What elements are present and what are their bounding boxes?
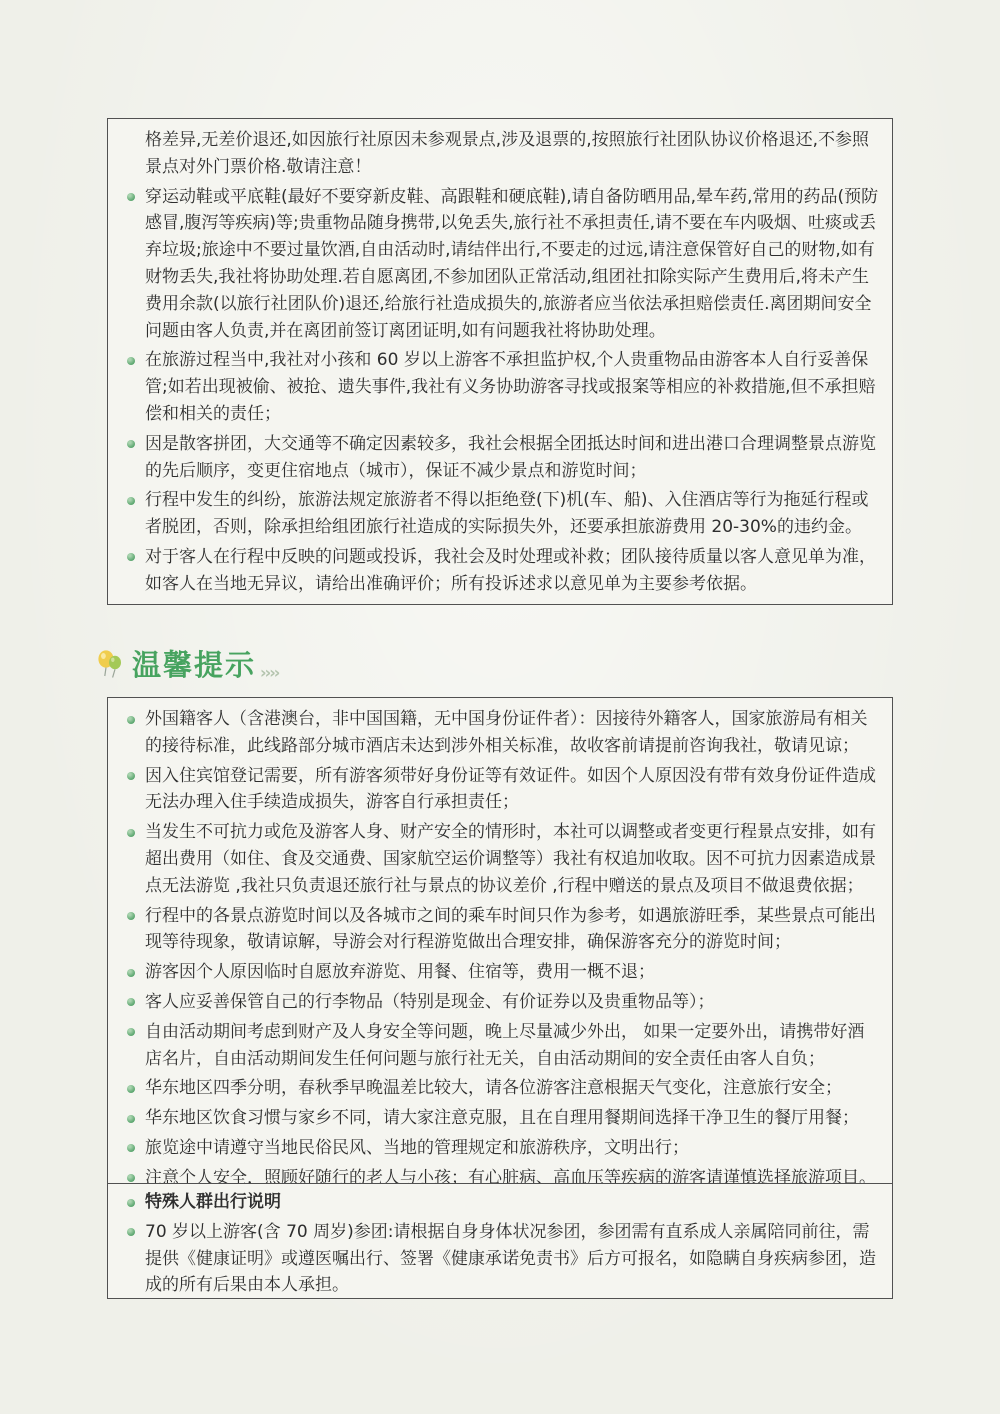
bullet-icon — [127, 1144, 135, 1152]
list-item-text: 游客因个人原因临时自愿放弃游览、用餐、住宿等，费用一概不退； — [145, 962, 655, 982]
bullet-icon — [127, 829, 135, 837]
list-item: 游客因个人原因临时自愿放弃游览、用餐、住宿等，费用一概不退； — [118, 959, 880, 986]
list-item-text: 旅览途中请遵守当地民俗民风、当地的管理规定和旅游秩序，文明出行； — [145, 1138, 689, 1158]
list-item-text: 对于客人在行程中反映的问题或投诉，我社会及时处理或补救；团队接待质量以客人意见单… — [145, 547, 876, 594]
list-item-text: 70 岁以上游客(含 70 周岁)参团:请根据自身身体状况参团，参团需有直系成人… — [145, 1222, 876, 1296]
bullet-icon — [127, 440, 135, 448]
list-item-text: 自由活动期间考虑到财产及人身安全等问题，晚上尽量减少外出， 如果一定要外出，请携… — [145, 1022, 864, 1069]
bullet-icon — [127, 357, 135, 365]
list-item: 外国籍客人（含港澳台，非中国国籍，无中国身份证件者）：因接待外籍客人，国家旅游局… — [118, 706, 880, 760]
bullet-icon — [127, 772, 135, 780]
special-groups-title: 特殊人群出行说明 — [145, 1192, 281, 1212]
list-item: 自由活动期间考虑到财产及人身安全等问题，晚上尽量减少外出， 如果一定要外出，请携… — [118, 1019, 880, 1073]
list-item-text: 客人应妥善保管自己的行李物品（特别是现金、有价证券以及贵重物品等）； — [145, 992, 715, 1012]
bullet-icon — [127, 912, 135, 920]
bullet-icon — [127, 193, 135, 201]
tips-title: 温馨提示 — [132, 643, 256, 684]
notice-box-general: 格差异,无差价退还,如因旅行社原因未参观景点,涉及退票的,按照旅行社团队协议价格… — [107, 118, 893, 605]
list-item: 客人应妥善保管自己的行李物品（特别是现金、有价证券以及贵重物品等）； — [118, 989, 880, 1016]
bullet-icon — [127, 1085, 135, 1093]
list-item-text: 华东地区四季分明，春秋季早晚温差比较大，请各位游客注意根据天气变化，注意旅行安全… — [145, 1078, 842, 1098]
list-item-text: 在旅游过程当中,我社对小孩和 60 岁以上游客不承担监护权,个人贵重物品由游客本… — [145, 350, 876, 424]
bullet-icon — [127, 1028, 135, 1036]
list-item-text: 当发生不可抗力或危及游客人身、财产安全的情形时，本社可以调整或者变更行程景点安排… — [145, 822, 876, 896]
list-item: 华东地区饮食习惯与家乡不同，请大家注意克服，且在自理用餐期间选择干净卫生的餐厅用… — [118, 1105, 880, 1132]
list-item: 行程中的各景点游览时间以及各城市之间的乘车时间只作为参考，如遇旅游旺季，某些景点… — [118, 903, 880, 957]
list-item: 行程中发生的纠纷，旅游法规定旅游者不得以拒绝登(下)机(车、船)、入住酒店等行为… — [118, 487, 880, 541]
bullet-icon — [127, 497, 135, 505]
list-item-text: 格差异,无差价退还,如因旅行社原因未参观景点,涉及退票的,按照旅行社团队协议价格… — [145, 130, 869, 177]
list-item-heading: 特殊人群出行说明 — [118, 1189, 880, 1216]
balloons-icon — [97, 649, 122, 685]
list-item: 对于客人在行程中反映的问题或投诉，我社会及时处理或补救；团队接待质量以客人意见单… — [118, 544, 880, 598]
list-item: 因入住宾馆登记需要，所有游客须带好身份证等有效证件。如因个人原因没有带有效身份证… — [118, 763, 880, 817]
list-item: 在旅游过程当中,我社对小孩和 60 岁以上游客不承担监护权,个人贵重物品由游客本… — [118, 347, 880, 427]
bullet-icon — [127, 1199, 135, 1207]
list-item-text: 因入住宾馆登记需要，所有游客须带好身份证等有效证件。如因个人原因没有带有效身份证… — [145, 766, 876, 813]
list-item-text: 因是散客拼团，大交通等不确定因素较多，我社会根据全团抵达时间和进出港口合理调整景… — [145, 434, 876, 481]
list-item: 注意个人安全，照顾好随行的老人与小孩；有心脏病、高血压等疾病的游客请谨慎选择旅游… — [118, 1165, 880, 1184]
bullet-icon — [127, 1228, 135, 1236]
list-item-text: 行程中发生的纠纷，旅游法规定旅游者不得以拒绝登(下)机(车、船)、入住酒店等行为… — [145, 490, 869, 537]
list-item: 穿运动鞋或平底鞋(最好不要穿新皮鞋、高跟鞋和硬底鞋),请自备防晒用品,晕车药,常… — [118, 184, 880, 345]
tips-section-header: 温馨提示 ›››› — [97, 643, 278, 685]
list-item: 70 岁以上游客(含 70 周岁)参团:请根据自身身体状况参团，参团需有直系成人… — [118, 1219, 880, 1299]
chevrons-decor-icon: ›››› — [260, 663, 278, 682]
list-item: 因是散客拼团，大交通等不确定因素较多，我社会根据全团抵达时间和进出港口合理调整景… — [118, 431, 880, 485]
list-item-text: 华东地区饮食习惯与家乡不同，请大家注意克服，且在自理用餐期间选择干净卫生的餐厅用… — [145, 1108, 859, 1128]
list-item-text: 行程中的各景点游览时间以及各城市之间的乘车时间只作为参考，如遇旅游旺季，某些景点… — [145, 906, 876, 953]
bullet-icon — [127, 1115, 135, 1123]
document-page: 格差异,无差价退还,如因旅行社原因未参观景点,涉及退票的,按照旅行社团队协议价格… — [0, 0, 1000, 1414]
bullet-icon — [127, 1174, 135, 1182]
bullet-icon — [127, 553, 135, 561]
notice-box-special-groups: 特殊人群出行说明 70 岁以上游客(含 70 周岁)参团:请根据自身身体状况参团… — [107, 1183, 893, 1299]
list-item: 华东地区四季分明，春秋季早晚温差比较大，请各位游客注意根据天气变化，注意旅行安全… — [118, 1075, 880, 1102]
list-item-text: 外国籍客人（含港澳台，非中国国籍，无中国身份证件者）：因接待外籍客人，国家旅游局… — [145, 709, 868, 756]
list-item-text: 穿运动鞋或平底鞋(最好不要穿新皮鞋、高跟鞋和硬底鞋),请自备防晒用品,晕车药,常… — [145, 187, 878, 341]
notice-box-tips: 外国籍客人（含港澳台，非中国国籍，无中国身份证件者）：因接待外籍客人，国家旅游局… — [107, 697, 893, 1184]
list-item: 旅览途中请遵守当地民俗民风、当地的管理规定和旅游秩序，文明出行； — [118, 1135, 880, 1162]
bullet-icon — [127, 998, 135, 1006]
list-item: 当发生不可抗力或危及游客人身、财产安全的情形时，本社可以调整或者变更行程景点安排… — [118, 819, 880, 899]
list-item: 格差异,无差价退还,如因旅行社原因未参观景点,涉及退票的,按照旅行社团队协议价格… — [118, 127, 880, 181]
list-item-text: 注意个人安全，照顾好随行的老人与小孩；有心脏病、高血压等疾病的游客请谨慎选择旅游… — [145, 1168, 876, 1184]
bullet-icon — [127, 716, 135, 724]
bullet-icon — [127, 969, 135, 977]
